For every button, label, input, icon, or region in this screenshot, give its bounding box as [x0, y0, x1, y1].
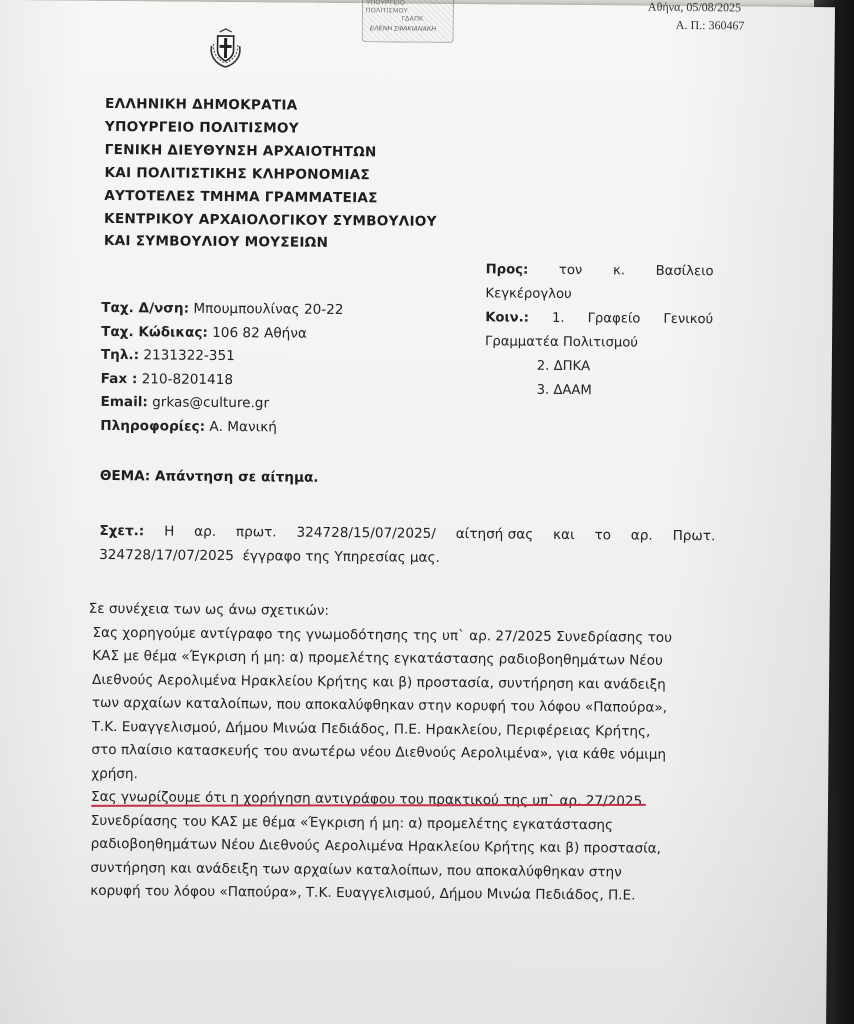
coat-of-arms-icon [203, 26, 247, 70]
stamp-line: ΠΟΛΙΤΙΣΜΟΥ [366, 7, 408, 14]
stamp-line: ΥΠΟΥΡΓΕΙΟ [366, 0, 405, 7]
contact-value: Α. Μανική [205, 419, 277, 436]
header-line: ΚΑΙ ΠΟΛΙΤΙΣΤΙΚΗΣ ΚΛΗΡΟΝΟΜΙΑΣ [104, 162, 437, 188]
recipient-word: Βασίλειο [656, 260, 714, 285]
contact-label: Email: [100, 394, 148, 410]
header-line: ΚΕΝΤΡΙΚΟΥ ΑΡΧΑΙΟΛΟΓΙΚΟΥ ΣΥΜΒΟΥΛΙΟΥ [104, 207, 437, 233]
header-line: ΕΛΛΗΝΙΚΗ ΔΗΜΟΚΡΑΤΙΑ [105, 93, 438, 119]
reference-word: Πρωτ. [672, 524, 715, 548]
cc-label: Κοιν.: [485, 306, 529, 330]
highlighted-sentence: Σας γνωρίζουμε ότι η χορήγηση αντιγράφου… [91, 789, 642, 810]
recipient-word: τον [559, 259, 583, 283]
reference-label: Σχετ.: [99, 519, 144, 543]
subject-text: Απάντηση σε αίτημα. [150, 468, 318, 485]
document-body: Σε συνέχεια των ως άνω σχετικών: Σας χορ… [86, 598, 721, 909]
protocol-number: Α. Π.: 360467 [676, 18, 745, 34]
cc-word: 1. [552, 307, 565, 331]
reference-word: πρωτ. [236, 520, 277, 544]
recipient-block: Προς: τον κ. Βασίλειο Κεγκέρογλου Κοιν.:… [485, 258, 716, 404]
header-line: ΓΕΝΙΚΗ ΔΙΕΥΘΥΝΣΗ ΑΡΧΑΙΟΤΗΤΩΝ [105, 139, 438, 165]
subject-label: ΘΕΜΑ: [100, 468, 150, 484]
contact-label: Fax : [101, 371, 138, 387]
contact-value: 2131322-351 [139, 347, 235, 364]
cc-word: Γραφείο [588, 307, 641, 331]
reference-word: το [594, 523, 611, 547]
contact-address: Ταχ. Δ/νση: Μπουμπουλίνας 20-22 [101, 297, 343, 323]
subject-line: ΘΕΜΑ: Απάντηση σε αίτημα. [100, 468, 319, 486]
reference-word: αρ. [631, 524, 653, 548]
reference-line-2: 324728/17/07/2025 έγγραφο της Υπηρεσίας … [99, 543, 715, 572]
stamp-line: ΓΔΑΠΚ [402, 16, 424, 23]
body-line: κορυφή του λόφου «Παπούρα», Τ.Κ. Ευαγγελ… [86, 880, 718, 909]
contact-postal-code: Ταχ. Κώδικας: 106 82 Αθήνα [101, 320, 343, 346]
cc-line: Κοιν.: 1. Γραφείο Γενικού [485, 306, 713, 332]
stamp-signature: ΕΛΕΝΗ ΣΦΑΚΙΑΝΑΚΗ [370, 25, 436, 33]
header-line: ΥΠΟΥΡΓΕΙΟ ΠΟΛΙΤΙΣΜΟΥ [105, 116, 438, 142]
contact-label: Ταχ. Δ/νση: [101, 300, 189, 317]
recipient-to-line: Προς: τον κ. Βασίλειο [486, 258, 714, 284]
contact-email: Email: grkas@culture.gr [100, 391, 342, 417]
reference-word: Η [164, 519, 174, 543]
reference-word: και [553, 523, 575, 547]
contact-label: Ταχ. Κώδικας: [101, 323, 208, 340]
recipient-word: κ. [613, 259, 625, 283]
document-page: ΥΠΟΥΡΓΕΙΟ ΠΟΛΙΤΙΣΜΟΥ ΓΔΑΠΚ ΕΛΕΝΗ ΣΦΑΚΙΑΝ… [0, 0, 835, 1024]
cc-word: Γενικού [663, 308, 713, 332]
reference-word: 324728/15/07/2025/ [296, 521, 436, 546]
contact-label: Τηλ.: [101, 347, 139, 363]
header-line: ΑΥΤΟΤΕΛΕΣ ΤΜΗΜΑ ΓΡΑΜΜΑΤΕΙΑΣ [104, 185, 437, 211]
to-label: Προς: [486, 258, 529, 282]
header-line: ΚΑΙ ΣΥΜΒΟΥΛΙΟΥ ΜΟΥΣΕΙΩΝ [104, 230, 437, 256]
issuing-authority-header: ΕΛΛΗΝΙΚΗ ΔΗΜΟΚΡΑΤΙΑ ΥΠΟΥΡΓΕΙΟ ΠΟΛΙΤΙΣΜΟΥ… [104, 93, 438, 256]
contact-info: Πληροφορίες: Α. Μανική [100, 415, 342, 441]
contact-details: Ταχ. Δ/νση: Μπουμπουλίνας 20-22 Ταχ. Κώδ… [100, 297, 343, 441]
contact-value: 210-8201418 [137, 371, 233, 388]
contact-value: Μπουμπουλίνας 20-22 [189, 301, 344, 318]
contact-phone: Τηλ.: 2131322-351 [101, 344, 343, 370]
reference-word: αρ. [194, 520, 216, 544]
contact-label: Πληροφορίες: [100, 418, 205, 435]
contact-fax: Fax : 210-8201418 [101, 368, 343, 394]
cc-item: 3. ΔΑΑΜ [485, 378, 715, 404]
cc-line-2: Γραμματέα Πολιτισμού [485, 330, 715, 356]
reference-word: αίτησή σας [456, 522, 534, 547]
contact-value: grkas@culture.gr [148, 395, 269, 412]
reference-block: Σχετ.: Η αρ. πρωτ. 324728/15/07/2025/ αί… [99, 519, 715, 572]
document-date: Αθήνα, 05/08/2025 [648, 0, 741, 15]
signature-stamp: ΥΠΟΥΡΓΕΙΟ ΠΟΛΙΤΙΣΜΟΥ ΓΔΑΠΚ ΕΛΕΝΗ ΣΦΑΚΙΑΝ… [362, 0, 455, 58]
cc-item: 2. ΔΠΚΑ [485, 354, 715, 380]
recipient-name-line: Κεγκέρογλου [485, 282, 715, 308]
contact-value: 106 82 Αθήνα [208, 324, 307, 341]
